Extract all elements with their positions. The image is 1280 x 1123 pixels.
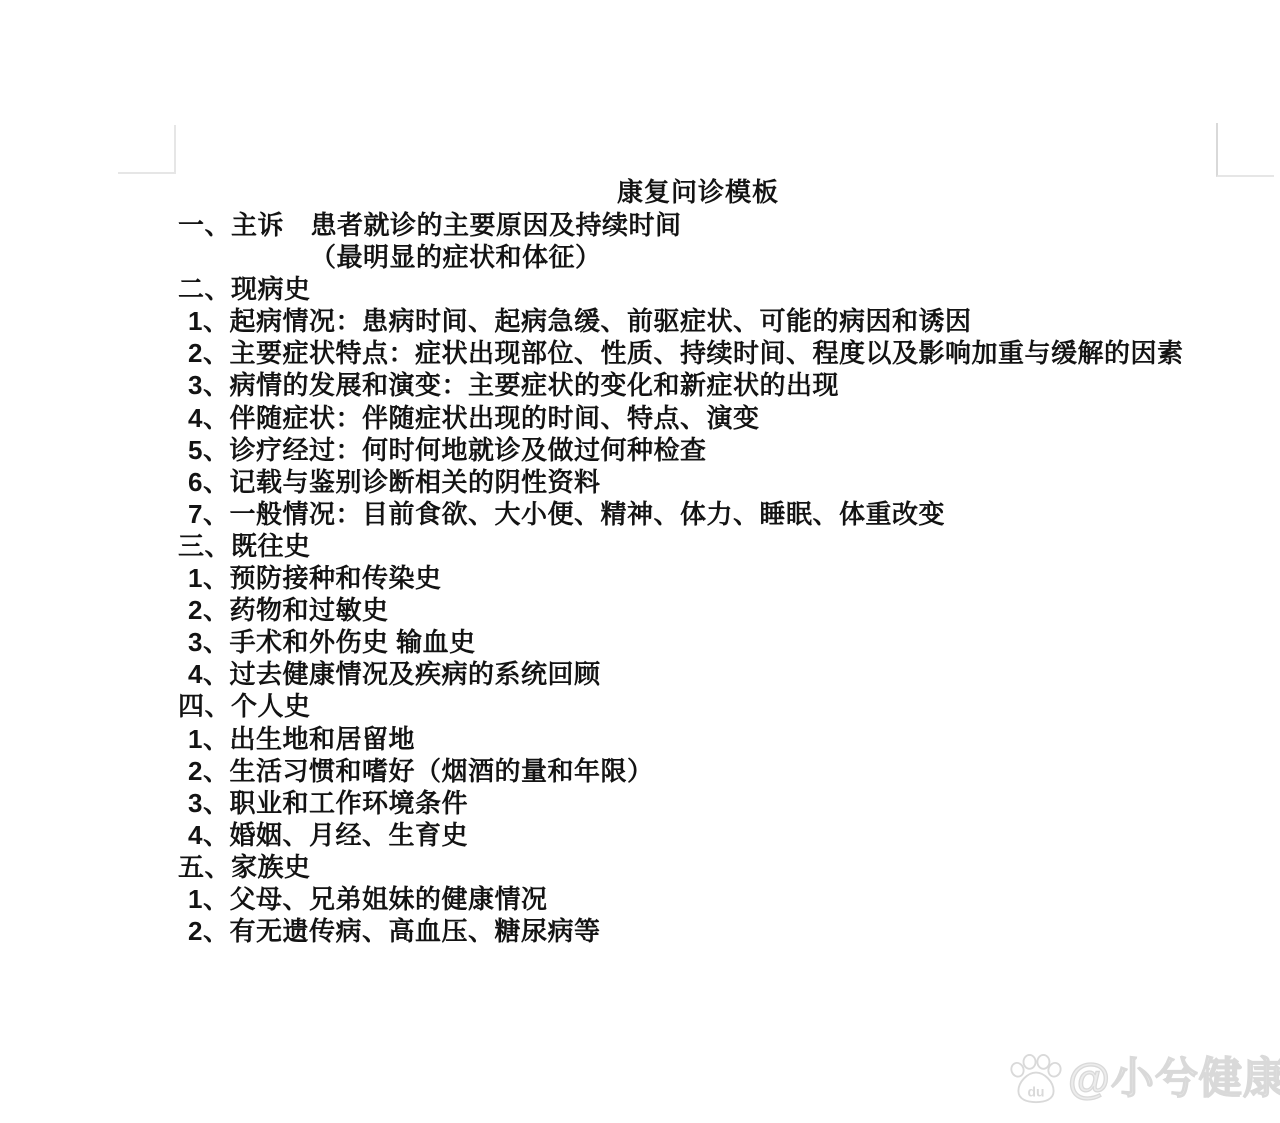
- document-line: 5、诊疗经过：何时何地就诊及做过何种检查: [176, 434, 1236, 466]
- document-line: 2、生活习惯和嗜好（烟酒的量和年限）: [176, 755, 1236, 787]
- document-line: 3、职业和工作环境条件: [176, 787, 1236, 819]
- document-line: 6、记载与鉴别诊断相关的阴性资料: [176, 466, 1236, 498]
- document-line: 一、主诉 患者就诊的主要原因及持续时间: [176, 209, 1236, 241]
- document-line: 3、手术和外伤史 输血史: [176, 626, 1236, 658]
- document-line: 1、父母、兄弟姐妹的健康情况: [176, 883, 1236, 915]
- document-line: 2、有无遗传病、高血压、糖尿病等: [176, 915, 1236, 947]
- document-body: 一、主诉 患者就诊的主要原因及持续时间（最明显的症状和体征）二、现病史1、起病情…: [176, 209, 1236, 947]
- document-line: 2、药物和过敏史: [176, 594, 1236, 626]
- document-line: 2、主要症状特点：症状出现部位、性质、持续时间、程度以及影响加重与缓解的因素: [176, 337, 1236, 369]
- document-line: 三、既往史: [176, 530, 1236, 562]
- page-edge-artifact-right: [1216, 123, 1274, 177]
- document-title: 康复问诊模板: [176, 172, 1220, 209]
- document-line: 3、病情的发展和演变：主要症状的变化和新症状的出现: [176, 369, 1236, 401]
- document-line: （最明显的症状和体征）: [176, 241, 1236, 273]
- watermark-handle: @小兮健康: [1068, 1058, 1280, 1101]
- document-line: 1、起病情况：患病时间、起病急缓、前驱症状、可能的病因和诱因: [176, 305, 1236, 337]
- document-line: 4、伴随症状：伴随症状出现的时间、特点、演变: [176, 402, 1236, 434]
- document-page: 康复问诊模板 一、主诉 患者就诊的主要原因及持续时间（最明显的症状和体征）二、现…: [0, 0, 1280, 1123]
- document-line: 五、家族史: [176, 851, 1236, 883]
- watermark: du @小兮健康: [1008, 1054, 1280, 1104]
- baidu-paw-icon: du: [1008, 1054, 1064, 1104]
- document-line: 7、一般情况：目前食欲、大小便、精神、体力、睡眠、体重改变: [176, 498, 1236, 530]
- document-line: 1、出生地和居留地: [176, 723, 1236, 755]
- document-line: 二、现病史: [176, 273, 1236, 305]
- document-line: 4、婚姻、月经、生育史: [176, 819, 1236, 851]
- document-line: 1、预防接种和传染史: [176, 562, 1236, 594]
- document-line: 四、个人史: [176, 690, 1236, 722]
- document-line: 4、过去健康情况及疾病的系统回顾: [176, 658, 1236, 690]
- baidu-du-label: du: [1028, 1084, 1045, 1100]
- page-edge-artifact-left: [118, 125, 176, 174]
